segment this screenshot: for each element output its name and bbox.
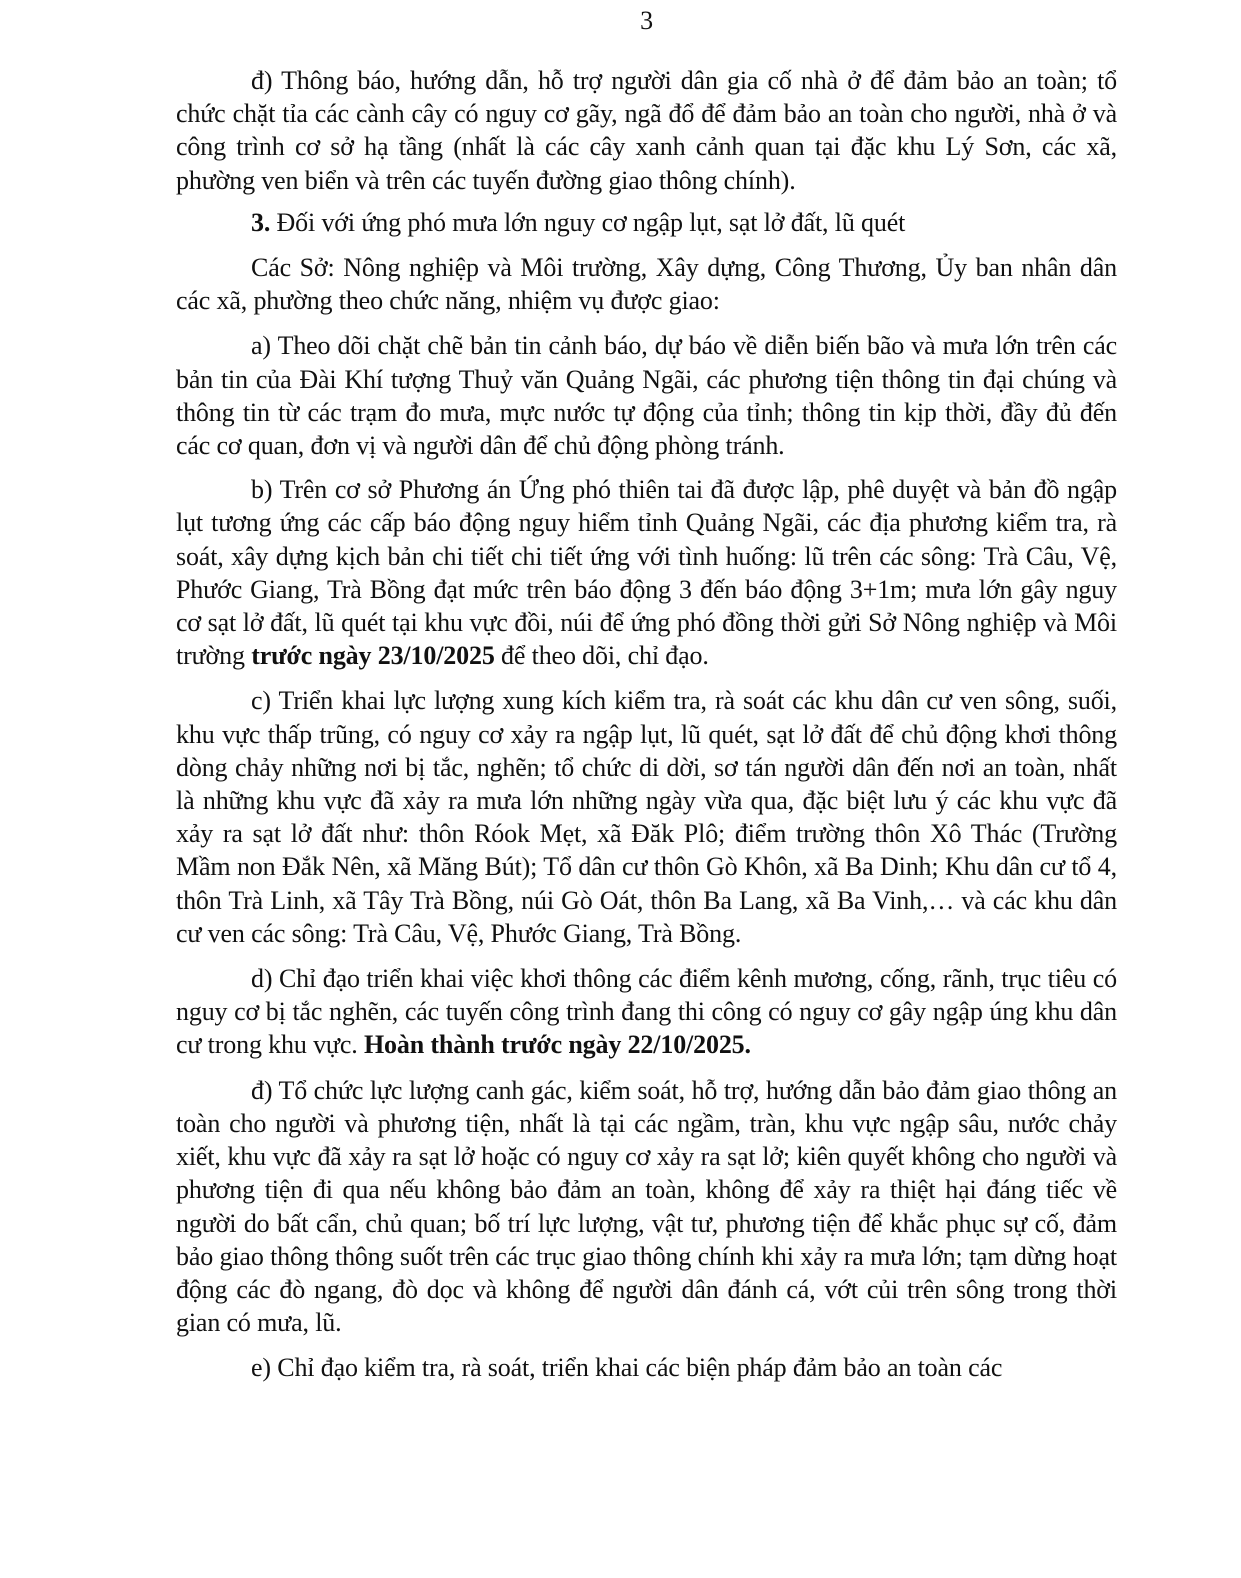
paragraph-intro: Các Sở: Nông nghiệp và Môi trường, Xây d…	[176, 251, 1117, 317]
paragraph-d-deadline: Hoàn thành trước ngày 22/10/2025.	[364, 1030, 751, 1059]
paragraph-a: a) Theo dõi chặt chẽ bản tin cảnh báo, d…	[176, 329, 1117, 462]
paragraph-c: c) Triển khai lực lượng xung kích kiểm t…	[176, 684, 1117, 950]
paragraph-e: e) Chỉ đạo kiểm tra, rà soát, triển khai…	[176, 1351, 1117, 1384]
paragraph-d-bar-storm: đ) Thông báo, hướng dẫn, hỗ trợ người dâ…	[176, 64, 1117, 197]
paragraph-b-tail: để theo dõi, chỉ đạo.	[495, 641, 709, 670]
paragraph-d: d) Chỉ đạo triển khai việc khơi thông cá…	[176, 962, 1117, 1062]
paragraph-b-deadline: trước ngày 23/10/2025	[251, 641, 495, 670]
paragraph-b: b) Trên cơ sở Phương án Ứng phó thiên ta…	[176, 473, 1117, 672]
document-page: 3 đ) Thông báo, hướng dẫn, hỗ trợ người …	[176, 0, 1117, 1385]
section-3-title: Đối với ứng phó mưa lớn nguy cơ ngập lụt…	[270, 208, 905, 237]
page-number: 3	[114, 4, 1179, 37]
section-3-heading: 3. Đối với ứng phó mưa lớn nguy cơ ngập …	[176, 206, 1117, 239]
paragraph-d-bar-traffic: đ) Tổ chức lực lượng canh gác, kiểm soát…	[176, 1074, 1117, 1340]
section-3-number: 3.	[251, 208, 270, 237]
